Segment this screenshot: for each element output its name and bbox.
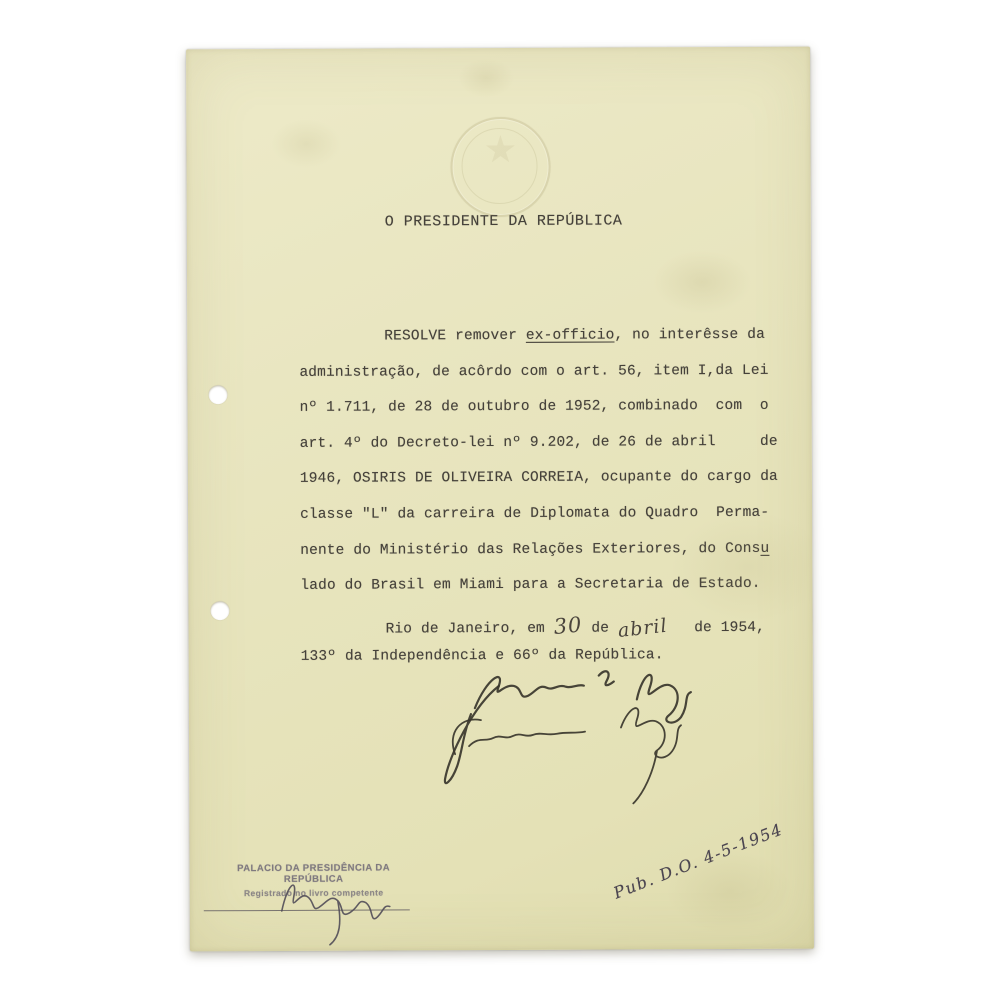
body-line-1-tail: , no interêsse da <box>614 327 765 344</box>
document-paper: O PRESIDENTE DA REPÚBLICA RESOLVE remove… <box>186 47 814 952</box>
punch-hole-bottom <box>210 601 229 620</box>
punch-hole-top <box>209 385 228 404</box>
registrar-signature-stroke <box>282 885 390 945</box>
dateline-de: de <box>582 620 617 636</box>
body-line-1-text: RESOLVE remover <box>384 328 526 345</box>
dateline-year: de 1954, <box>668 620 765 636</box>
document-title: O PRESIDENTE DA REPÚBLICA <box>385 212 623 230</box>
handwritten-month: abril <box>617 614 669 641</box>
dateline-text: Rio de Janeiro, em <box>386 621 554 638</box>
body-line-7: nente do Ministério das Relações Exterio… <box>300 540 778 578</box>
body-line-9-dateline: Rio de Janeiro, em 30 de abril de 1954, <box>300 612 778 650</box>
body-line-8: lado do Brasil em Miami para a Secretari… <box>300 576 778 614</box>
document-body: RESOLVE remover ex-officio, no interêsse… <box>299 327 779 685</box>
embossed-seal-icon <box>450 117 550 217</box>
registrar-signature <box>220 864 420 949</box>
signatures-group <box>429 655 730 836</box>
minister-signature <box>453 708 682 804</box>
body-line-3: nº 1.711, de 28 de outubro de 1952, comb… <box>300 398 778 436</box>
body-line-4: art. 4º do Decreto-lei nº 9.202, de 26 d… <box>300 434 778 472</box>
body-line-1-underlined: ex-officio <box>526 327 615 343</box>
body-line-7-text: nente do Ministério das Relações Exterio… <box>300 540 760 558</box>
body-line-6: classe "L" da carreira de Diplomata do Q… <box>300 505 778 543</box>
president-signature-flourish <box>445 686 500 783</box>
page-background: O PRESIDENTE DA REPÚBLICA RESOLVE remove… <box>0 0 1000 1000</box>
president-signature <box>475 671 691 724</box>
body-line-5: 1946, OSIRIS DE OLIVEIRA CORREIA, ocupan… <box>300 469 778 507</box>
handwritten-day: 30 <box>553 612 584 639</box>
body-line-7-underlined: u <box>760 540 769 556</box>
body-line-2: administração, de acôrdo com o art. 56, … <box>299 362 777 400</box>
body-line-1: RESOLVE remover ex-officio, no interêsse… <box>299 327 777 365</box>
